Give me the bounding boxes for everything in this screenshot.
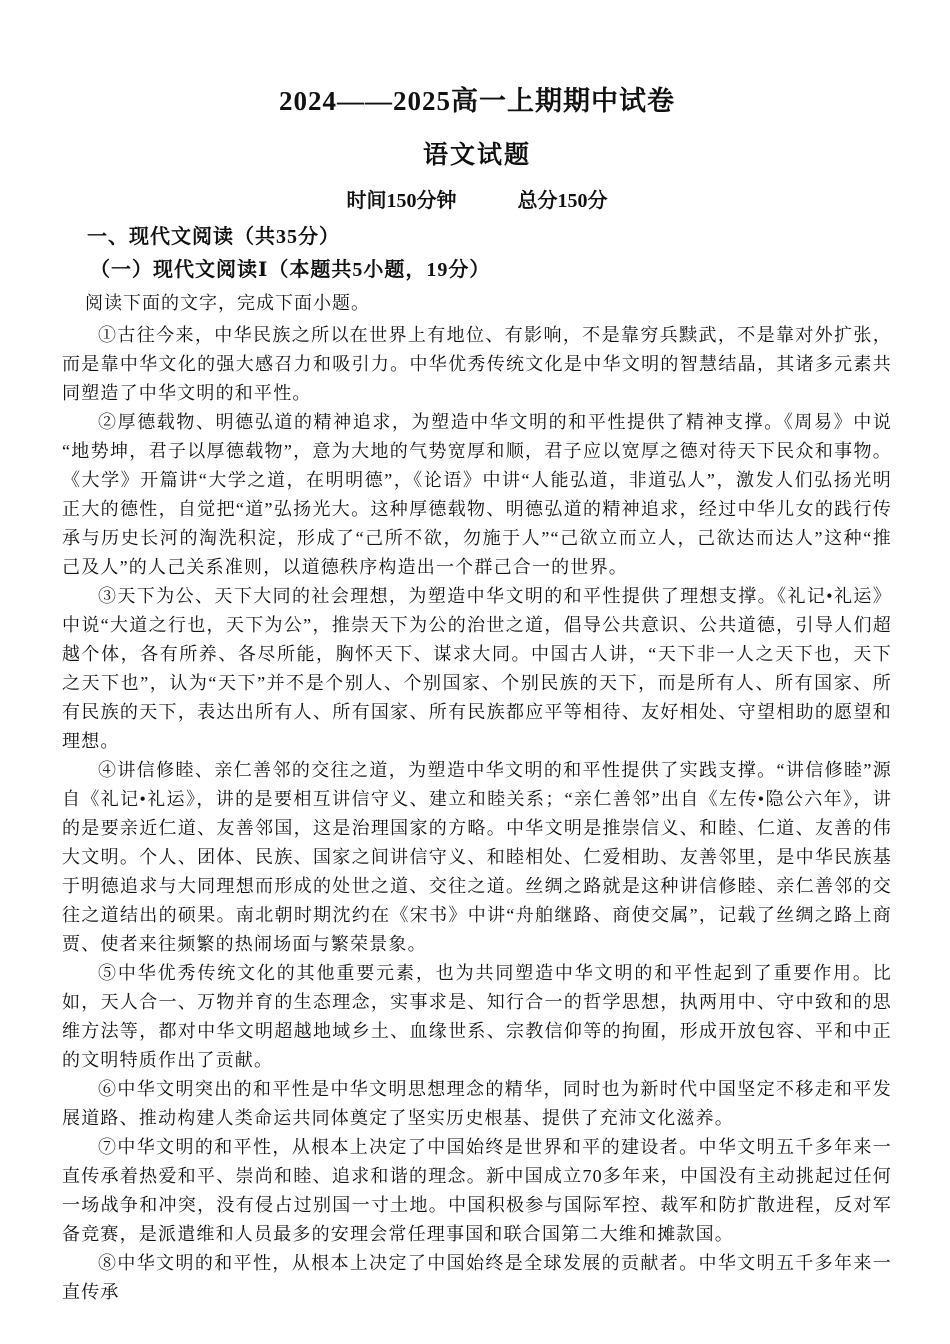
exam-total-score-label: 总分150分 bbox=[518, 190, 608, 212]
passage-paragraph: ⑤中华优秀传统文化的其他重要元素，也为共同塑造中华文明的和平性起到了重要作用。比… bbox=[62, 959, 892, 1075]
exam-duration-label: 时间150分钟 bbox=[347, 190, 457, 212]
subsection-heading-reading-one: （一）现代文阅读Ⅰ（本题共5小题，19分） bbox=[62, 257, 892, 283]
reading-instruction: 阅读下面的文字，完成下面小题。 bbox=[62, 291, 892, 315]
passage-paragraph: ⑧中华文明的和平性，从根本上决定了中国始终是全球发展的贡献者。中华文明五千多年来… bbox=[62, 1249, 892, 1307]
passage-paragraph: ⑦中华文明的和平性，从根本上决定了中国始终是世界和平的建设者。中华文明五千多年来… bbox=[62, 1133, 892, 1249]
passage-paragraph: ①古往今来，中华民族之所以在世界上有地位、有影响，不是靠穷兵黩武，不是靠对外扩张… bbox=[62, 321, 892, 408]
passage-paragraph: ③天下为公、天下大同的社会理想，为塑造中华文明的和平性提供了理想支撑。《礼记•礼… bbox=[62, 582, 892, 756]
exam-title: 2024——2025高一上期期中试卷 bbox=[62, 84, 892, 118]
passage-paragraph: ⑥中华文明突出的和平性是中华文明思想理念的精华，同时也为新时代中国坚定不移走和平… bbox=[62, 1075, 892, 1133]
section-heading-modern-reading: 一、现代文阅读（共35分） bbox=[62, 224, 892, 250]
passage-paragraph: ④讲信修睦、亲仁善邻的交往之道，为塑造中华文明的和平性提供了实践支撑。“讲信修睦… bbox=[62, 756, 892, 959]
reading-passage: ①古往今来，中华民族之所以在世界上有地位、有影响，不是靠穷兵黩武，不是靠对外扩张… bbox=[62, 321, 892, 1307]
passage-paragraph: ②厚德载物、明德弘道的精神追求，为塑造中华文明的和平性提供了精神支撑。《周易》中… bbox=[62, 408, 892, 582]
exam-info-line: 时间150分钟 总分150分 bbox=[62, 188, 892, 214]
exam-paper-page: 2024——2025高一上期期中试卷 语文试题 时间150分钟 总分150分 一… bbox=[0, 0, 950, 1344]
exam-subject-title: 语文试题 bbox=[62, 140, 892, 172]
